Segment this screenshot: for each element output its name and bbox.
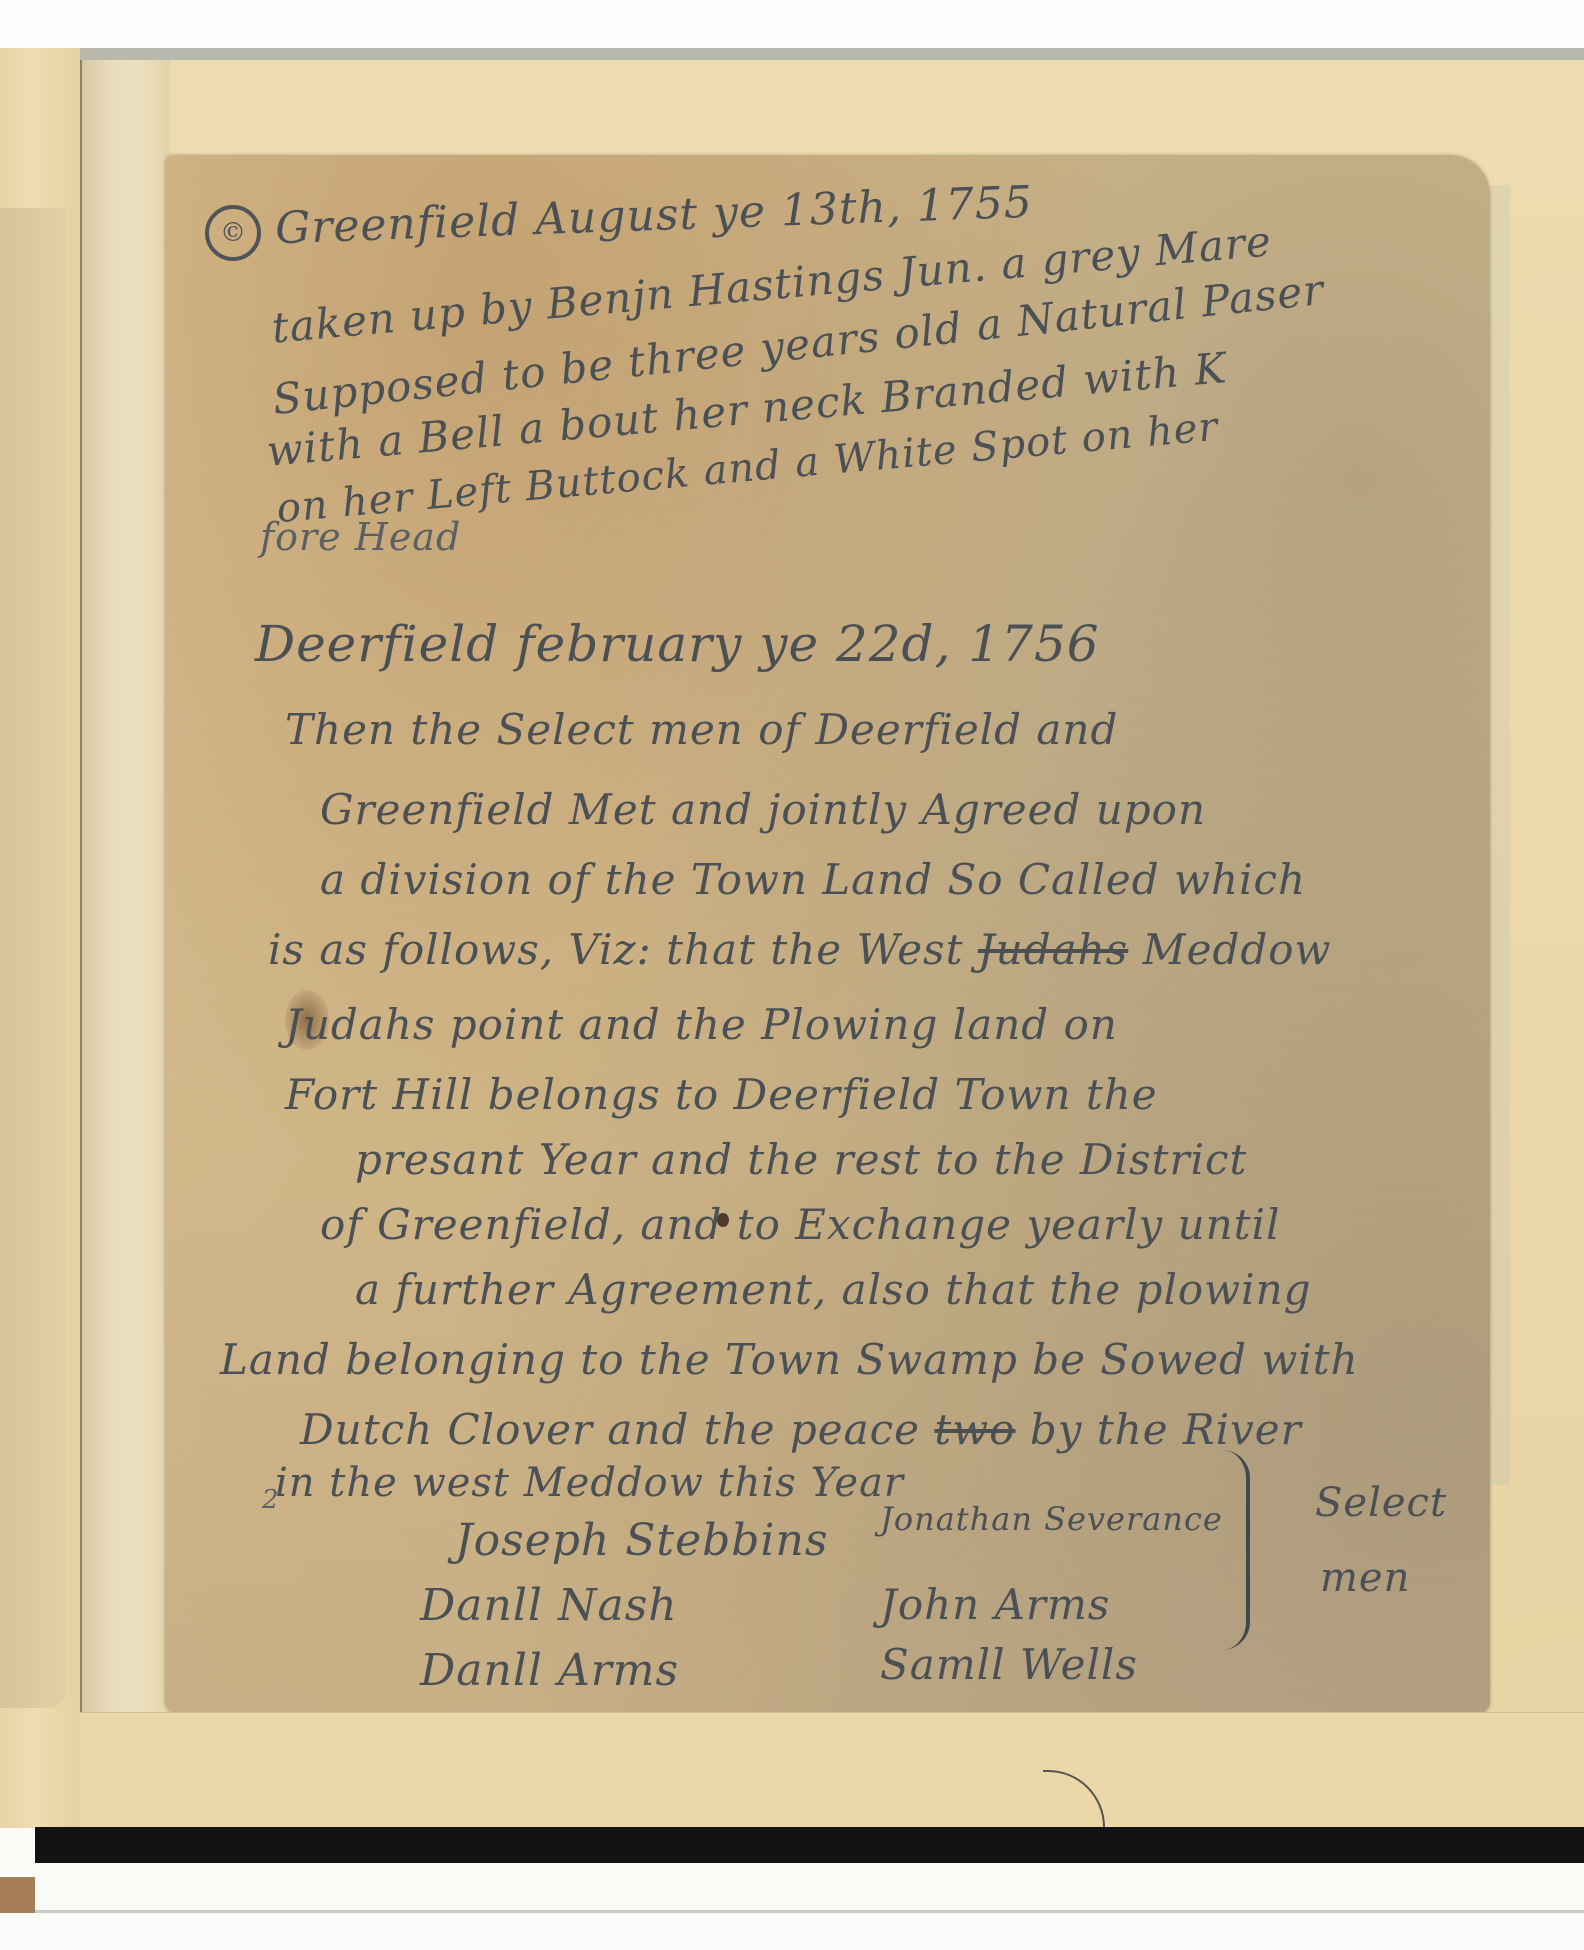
entry-2-line-10: Land belonging to the Town Swamp be Sowe… (220, 1335, 1359, 1384)
entry-2-line-9: a further Agreement, also that the plowi… (355, 1265, 1312, 1314)
board-edge (80, 48, 1584, 60)
signature-danll-arms: Danll Arms (420, 1645, 679, 1696)
circled-c-mark-icon: © (205, 205, 261, 261)
entry-2-line-5: Judahs point and the Plowing land on (285, 1000, 1118, 1049)
entry-2-line-12: in the west Meddow this Year (275, 1460, 904, 1506)
entry-2-line-4-text: is as follows, Viz: that the West (268, 925, 963, 974)
cover-edge (0, 1877, 35, 1917)
scan-top-margin (0, 0, 1584, 48)
struck-word-judahs: Judahs (978, 925, 1128, 974)
entry-2-line-2: Greenfield Met and jointly Agreed upon (320, 785, 1206, 834)
entry-1-line-6: fore Head (260, 515, 461, 559)
entry-2-line-11-end: by the River (1030, 1405, 1302, 1454)
previous-page-edge (0, 48, 82, 1828)
signature-danll-nash: Danll Nash (420, 1580, 678, 1631)
signature-john-arms: John Arms (880, 1580, 1110, 1629)
signature-samll-wells: Samll Wells (880, 1640, 1138, 1689)
entry-2-line-7: presant Year and the rest to the Distric… (355, 1135, 1247, 1184)
entry-2-line-8: of Greenfield, and to Exchange yearly un… (320, 1200, 1280, 1249)
entry-2-line-11: Dutch Clover and the peace two by the Ri… (300, 1405, 1302, 1454)
entry-2-line-3: a division of the Town Land So Called wh… (320, 855, 1306, 904)
signature-brace (1222, 1450, 1250, 1650)
entry-2-line-11-text: Dutch Clover and the peace (300, 1405, 920, 1454)
page-number-mark: 2 (262, 1485, 280, 1515)
entry-2-heading: Deerfield february ye 22d, 1756 (255, 615, 1100, 673)
black-binding-band (35, 1827, 1584, 1863)
bracket-label-select: Select (1315, 1480, 1447, 1526)
entry-2-line-4: is as follows, Viz: that the West Judahs… (268, 925, 1332, 974)
mount-bottom-margin (80, 1712, 1584, 1828)
signature-jonathan-severance: Jonathan Severance (880, 1500, 1223, 1538)
entry-2-line-1: Then the Select men of Deerfield and (285, 705, 1118, 754)
previous-page-inner (0, 208, 66, 1708)
struck-word-two: two (934, 1405, 1015, 1454)
bracket-label-men: men (1320, 1555, 1410, 1601)
entry-2-line-4-end: Meddow (1143, 925, 1332, 974)
scan-bottom-margin (0, 1913, 1584, 1950)
signature-joseph-stebbins: Joseph Stebbins (455, 1515, 828, 1566)
book-gutter (80, 48, 172, 1828)
entry-2-line-6: Fort Hill belongs to Deerfield Town the (285, 1070, 1158, 1119)
